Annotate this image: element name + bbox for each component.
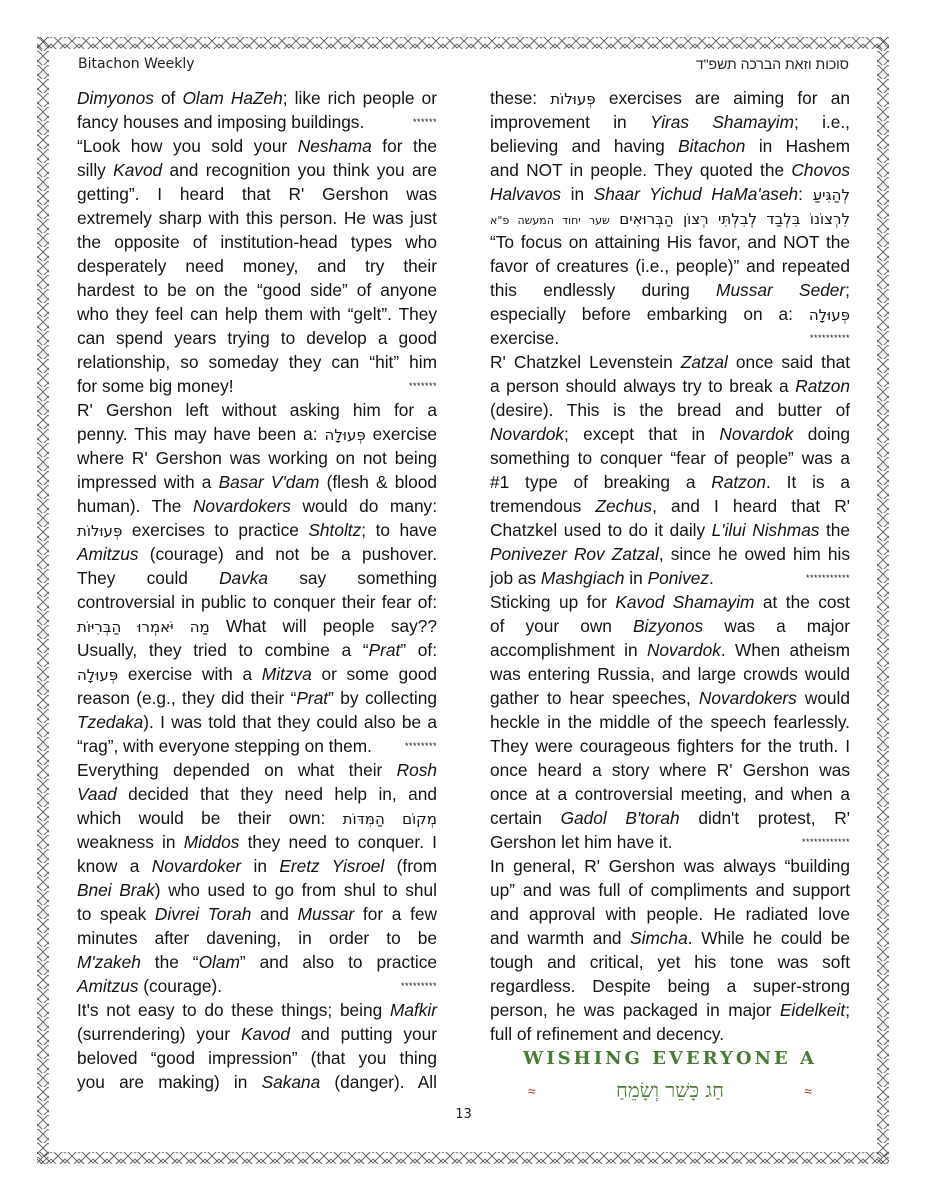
- text-line: extremely sharp with this person. He was…: [77, 206, 437, 230]
- text-line: to speak Divrei Torah and Mussar for a f…: [77, 902, 437, 926]
- publication-title: Bitachon Weekly: [78, 56, 195, 72]
- text-line: silly Kavod and recognition you think yo…: [77, 158, 437, 182]
- text-line: something to conquer “fear of people” wa…: [490, 446, 850, 470]
- text-line: getting”. I heard that R' Gershon was: [77, 182, 437, 206]
- text-line: “Look how you sold your Neshama for the: [77, 134, 437, 158]
- text-line: Novardok; except that in Novardok doing: [490, 422, 850, 446]
- text-line: certain Gadol B'torah didn't protest, R': [490, 806, 850, 830]
- text-line: Everything depended on what their Rosh: [77, 758, 437, 782]
- text-line: Tzedaka). I was told that they could als…: [77, 710, 437, 734]
- section-separator: ************: [802, 830, 850, 854]
- text-line: of your own Bizyonos was a major: [490, 614, 850, 638]
- issue-title-hebrew: סוכות וזאת הברכה תשפ"ד: [696, 56, 849, 72]
- text-line: R' Gershon left without asking him for a: [77, 398, 437, 422]
- text-line: פְּעוּלָה exercise with a Mitzva or some…: [77, 662, 437, 686]
- text-line: They could Davka say something: [77, 566, 437, 590]
- text-line: Amitzus (courage).*********: [77, 974, 437, 998]
- text-line: Dimyonos of Olam HaZeh; like rich people…: [77, 86, 437, 110]
- decorative-border-left: [37, 37, 49, 1164]
- text-line: It's not easy to do these things; being …: [77, 998, 437, 1022]
- text-line: the opposite of institution-head types w…: [77, 230, 437, 254]
- text-line: can spend years trying to develop a good: [77, 326, 437, 350]
- text-line: (surrendering) your Kavod and putting yo…: [77, 1022, 437, 1046]
- text-line: reason (e.g., they did their “Prat” by c…: [77, 686, 437, 710]
- text-line: מַה יֹּאמְרוּ הַבְּרִיּוֹת What will peo…: [77, 614, 437, 638]
- text-line: accomplishment in Novardok. When atheism: [490, 638, 850, 662]
- text-line: for some big money!*******: [77, 374, 437, 398]
- section-separator: **********: [810, 326, 850, 350]
- text-line: heckle in the middle of the speech fearl…: [490, 710, 850, 734]
- text-line: Usually, they tried to combine a “Prat” …: [77, 638, 437, 662]
- text-line: where R' Gershon was working on not bein…: [77, 446, 437, 470]
- text-line: Vaad decided that they need help in, and: [77, 782, 437, 806]
- text-line: Amitzus (courage) and not be a pushover.: [77, 542, 437, 566]
- text-line: exercise.**********: [490, 326, 850, 350]
- text-line: (desire). This is the bread and butter o…: [490, 398, 850, 422]
- text-line: In general, R' Gershon was always “build…: [490, 854, 850, 878]
- text-line: Bnei Brak) who used to go from shul to s…: [77, 878, 437, 902]
- text-line: once at a controversial meeting, and whe…: [490, 782, 850, 806]
- text-line: Sticking up for Kavod Shamayim at the co…: [490, 590, 850, 614]
- text-line: R' Chatzkel Levenstein Zatzal once said …: [490, 350, 850, 374]
- text-line: a person should always try to break a Ra…: [490, 374, 850, 398]
- text-line: and approval with people. He radiated lo…: [490, 902, 850, 926]
- text-line: and warmth and Simcha. While he could be: [490, 926, 850, 950]
- text-line: Ponivezer Rov Zatzal, since he owed him …: [490, 542, 850, 566]
- text-line: and NOT in people. They quoted the Chovo…: [490, 158, 850, 182]
- text-line: “To focus on attaining His favor, and NO…: [490, 230, 850, 254]
- decorative-border-top: [37, 37, 889, 49]
- text-line: “rag”, with everyone stepping on them.**…: [77, 734, 437, 758]
- text-line: human). The Novardokers would do many:: [77, 494, 437, 518]
- text-line: desperately need money, and try their: [77, 254, 437, 278]
- text-line: לִרְצוֹנוֹ בִּלְבַד לְבִלְתִּי רְצוֹן הַ…: [490, 206, 850, 230]
- ornament-right-icon: ≈: [766, 1083, 850, 1099]
- text-column-left: Dimyonos of Olam HaZeh; like rich people…: [77, 86, 437, 1094]
- text-line: this endlessly during Mussar Seder;: [490, 278, 850, 302]
- text-line: which would be their own: מְקוֹם הַמִּדּ…: [77, 806, 437, 830]
- text-line: impressed with a Basar V'dam (flesh & bl…: [77, 470, 437, 494]
- text-line: up” and was full of compliments and supp…: [490, 878, 850, 902]
- text-line: favor of creatures (i.e., people)” and r…: [490, 254, 850, 278]
- text-line: tough and critical, yet his tone was sof…: [490, 950, 850, 974]
- text-line: once heard a story where R' Gershon was: [490, 758, 850, 782]
- text-line: #1 type of breaking a Ratzon. It is a: [490, 470, 850, 494]
- section-separator: *********: [401, 974, 437, 998]
- text-line: hardest to be on the “good side” of anyo…: [77, 278, 437, 302]
- section-separator: *******: [409, 374, 437, 398]
- text-line: beloved “good impression” (that you thin…: [77, 1046, 437, 1070]
- text-line: Gershon let him have it.************: [490, 830, 850, 854]
- text-line: gather to hear speeches, Novardokers wou…: [490, 686, 850, 710]
- text-line: fancy houses and imposing buildings.****…: [77, 110, 437, 134]
- section-separator: ***********: [806, 566, 850, 590]
- text-line: you are making) in Sakana (danger). All: [77, 1070, 437, 1094]
- text-line: minutes after davening, in order to be: [77, 926, 437, 950]
- text-line: person, he was packaged in major Eidelke…: [490, 998, 850, 1022]
- text-line: was entering Russia, and large crowds wo…: [490, 662, 850, 686]
- greeting-hebrew-line: ≈ חַג כָּשֵׁר וְשָׂמֵחַ ≈: [490, 1078, 850, 1103]
- text-line: Chatzkel used to do it daily L'ilui Nish…: [490, 518, 850, 542]
- text-line: especially before embarking on a: פְּעוּ…: [490, 302, 850, 326]
- text-line: They were courageous fighters for the tr…: [490, 734, 850, 758]
- text-line: tremendous Zechus, and I heard that R': [490, 494, 850, 518]
- decorative-border-right: [877, 37, 889, 1164]
- greeting-heading: WISHING EVERYONE A: [490, 1048, 850, 1069]
- section-separator: ********: [405, 734, 437, 758]
- text-line: relationship, so someday they can “hit” …: [77, 350, 437, 374]
- text-line: full of refinement and decency.: [490, 1022, 850, 1046]
- text-line: penny. This may have been a: פְּעוּלָה e…: [77, 422, 437, 446]
- text-line: controversial in public to conquer their…: [77, 590, 437, 614]
- text-line: פְּעוּלוֹת exercises to practice Shtoltz…: [77, 518, 437, 542]
- text-line: these: פְּעוּלוֹת exercises are aiming f…: [490, 86, 850, 110]
- text-line: improvement in Yiras Shamayim; i.e.,: [490, 110, 850, 134]
- page-number: 13: [0, 1107, 927, 1122]
- greeting-hebrew: חַג כָּשֵׁר וְשָׂמֵחַ: [616, 1078, 724, 1103]
- text-line: job as Mashgiach in Ponivez.***********: [490, 566, 850, 590]
- text-line: know a Novardoker in Eretz Yisroel (from: [77, 854, 437, 878]
- ornament-left-icon: ≈: [490, 1083, 574, 1099]
- text-column-right: these: פְּעוּלוֹת exercises are aiming f…: [490, 86, 850, 1046]
- text-line: weakness in Middos they need to conquer.…: [77, 830, 437, 854]
- decorative-border-bottom: [37, 1152, 889, 1164]
- text-line: M'zakeh the “Olam” and also to practice: [77, 950, 437, 974]
- text-line: regardless. Despite being a super-strong: [490, 974, 850, 998]
- text-line: who they feel can help them with “gelt”.…: [77, 302, 437, 326]
- text-line: Halvavos in Shaar Yichud HaMa'aseh: לְהַ…: [490, 182, 850, 206]
- section-separator: ******: [413, 110, 437, 134]
- text-line: believing and having Bitachon in Hashem: [490, 134, 850, 158]
